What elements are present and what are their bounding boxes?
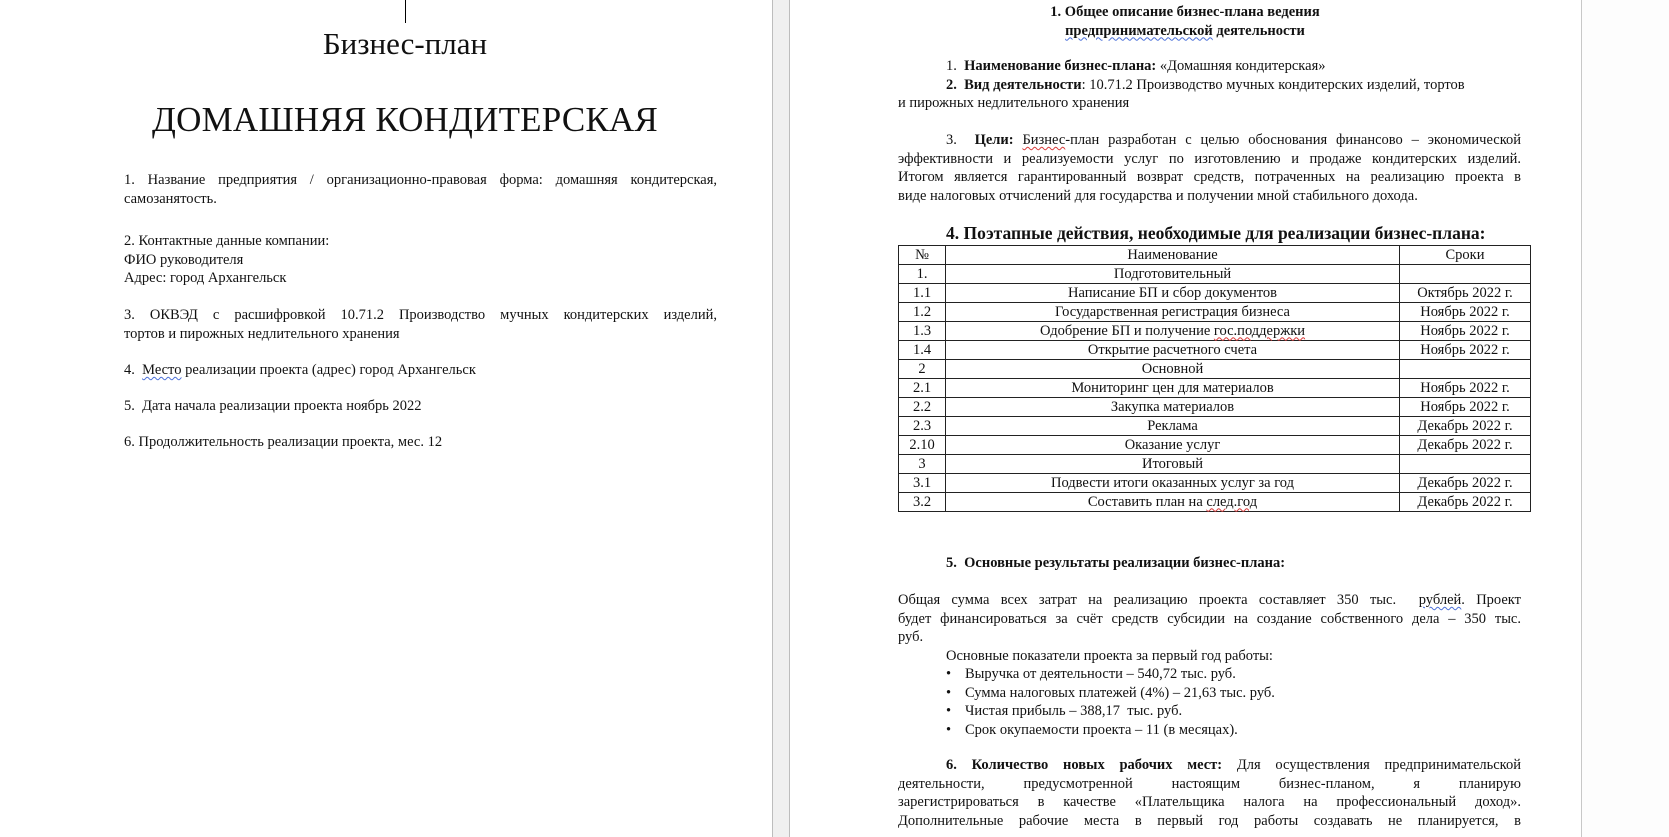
table-row: 2.1Мониторинг цен для материаловНоябрь 2… xyxy=(899,379,1531,398)
indicators-heading: Основные показатели проекта за первый го… xyxy=(946,647,1273,666)
row-deadline-cell: Ноябрь 2022 г. xyxy=(1400,322,1531,341)
row-deadline-cell: Ноябрь 2022 г. xyxy=(1400,341,1531,360)
item-5-paragraph: 5. Дата начала реализации проекта ноябрь… xyxy=(124,397,717,416)
row-number-cell: 2 xyxy=(899,360,946,379)
grammar-flag-word[interactable]: предпринимательской xyxy=(1065,23,1213,39)
page-separator xyxy=(772,0,790,837)
table-row: 2.3РекламаДекабрь 2022 г. xyxy=(899,417,1531,436)
row-name-cell: Основной xyxy=(946,360,1400,379)
row-deadline-cell: Ноябрь 2022 г. xyxy=(1400,398,1531,417)
row-number-cell: 1.3 xyxy=(899,322,946,341)
row-name-cell: Написание БП и сбор документов xyxy=(946,284,1400,303)
indicator-item: Выручка от деятельности – 540,72 тыс. ру… xyxy=(946,665,1275,684)
grammar-flag-word[interactable]: рублей xyxy=(1419,592,1462,608)
document-title: Бизнес-план xyxy=(0,26,810,62)
row-name-cell: Открытие расчетного счета xyxy=(946,341,1400,360)
row-name-cell: Оказание услуг xyxy=(946,436,1400,455)
table-row: 3.1Подвести итоги оказанных услуг за год… xyxy=(899,474,1531,493)
spelling-flag-word[interactable]: Бизнес xyxy=(1022,132,1065,148)
item-2-address: Адрес: город Архангельск xyxy=(124,269,717,288)
item-3-paragraph: 3. ОКВЭД с расшифровкой 10.71.2 Производ… xyxy=(124,306,717,343)
row-number-cell: 1.2 xyxy=(899,303,946,322)
table-row: 1.1Написание БП и сбор документовОктябрь… xyxy=(899,284,1531,303)
row-number-cell: 3.2 xyxy=(899,493,946,512)
table-row: 1.4Открытие расчетного счетаНоябрь 2022 … xyxy=(899,341,1531,360)
table-row: 2.2Закупка материаловНоябрь 2022 г. xyxy=(899,398,1531,417)
row-name-cell: Мониторинг цен для материалов xyxy=(946,379,1400,398)
text-cursor xyxy=(405,0,406,23)
item-2-heading: 2. Контактные данные компании: xyxy=(124,232,717,251)
row-number-cell: 2.2 xyxy=(899,398,946,417)
table-row: 2.10Оказание услугДекабрь 2022 г. xyxy=(899,436,1531,455)
indicators-list: Выручка от деятельности – 540,72 тыс. ру… xyxy=(946,665,1275,739)
row-name-cell: Подготовительный xyxy=(946,265,1400,284)
document-subtitle: ДОМАШНЯЯ КОНДИТЕРСКАЯ xyxy=(0,100,810,140)
row-number-cell: 2.3 xyxy=(899,417,946,436)
table-row: 2Основной xyxy=(899,360,1531,379)
row-deadline-cell xyxy=(1400,455,1531,474)
item-2-name: ФИО руководителя xyxy=(124,251,717,270)
row-number-cell: 1.4 xyxy=(899,341,946,360)
section-5-title: 5. Основные результаты реализации бизнес… xyxy=(946,554,1285,573)
paragraph-1: 1. Наименование бизнес-плана: «Домашняя … xyxy=(946,57,1326,76)
paragraph-2-line-2: и пирожных недлительного хранения xyxy=(898,94,1129,113)
table-row: 1.3Одобрение БП и получение гос.поддержк… xyxy=(899,322,1531,341)
row-deadline-cell: Ноябрь 2022 г. xyxy=(1400,303,1531,322)
spelling-flag-word[interactable]: след.год xyxy=(1206,494,1257,510)
item-3-line-1: 3. ОКВЭД с расшифровкой 10.71.2 Производ… xyxy=(124,306,717,325)
row-number-cell: 3.1 xyxy=(899,474,946,493)
item-1-paragraph: 1. Название предприятия / организационно… xyxy=(124,171,717,208)
row-name-cell: Наименование xyxy=(946,246,1400,265)
row-name-cell: Реклама xyxy=(946,417,1400,436)
row-number-cell: 1.1 xyxy=(899,284,946,303)
item-2-paragraph: 2. Контактные данные компании: ФИО руков… xyxy=(124,232,717,288)
table-row: 3Итоговый xyxy=(899,455,1531,474)
row-deadline-cell: Ноябрь 2022 г. xyxy=(1400,379,1531,398)
paragraph-3: 3. Цели: Бизнес-план разработан с целью … xyxy=(898,131,1521,205)
row-number-cell: № xyxy=(899,246,946,265)
row-deadline-cell: Декабрь 2022 г. xyxy=(1400,436,1531,455)
indicator-item: Срок окупаемости проекта – 11 (в месяцах… xyxy=(946,721,1275,740)
row-deadline-cell xyxy=(1400,360,1531,379)
table-row: 3.2Составить план на след.годДекабрь 202… xyxy=(899,493,1531,512)
table-row: 1.Подготовительный xyxy=(899,265,1531,284)
item-4-paragraph: 4. Место реализации проекта (адрес) горо… xyxy=(124,361,717,380)
action-plan-table: №НаименованиеСроки1.Подготовительный1.1Н… xyxy=(898,245,1531,512)
item-1-line-1: 1. Название предприятия / организационно… xyxy=(124,171,717,190)
row-deadline-cell: Декабрь 2022 г. xyxy=(1400,417,1531,436)
row-name-cell: Итоговый xyxy=(946,455,1400,474)
row-name-cell: Государственная регистрация бизнеса xyxy=(946,303,1400,322)
row-name-cell: Закупка материалов xyxy=(946,398,1400,417)
row-deadline-cell: Сроки xyxy=(1400,246,1531,265)
section-5-paragraph: Общая сумма всех затрат на реализацию пр… xyxy=(898,591,1521,647)
row-deadline-cell: Октябрь 2022 г. xyxy=(1400,284,1531,303)
indicator-item: Чистая прибыль – 388,17 тыс. руб. xyxy=(946,702,1275,721)
row-number-cell: 1. xyxy=(899,265,946,284)
row-deadline-cell: Декабрь 2022 г. xyxy=(1400,493,1531,512)
section-6-paragraph: 6. Количество новых рабочих мест: Для ос… xyxy=(898,756,1521,830)
spelling-flag-word[interactable]: гос.поддержки xyxy=(1214,323,1305,339)
table-header-row: №НаименованиеСроки xyxy=(899,246,1531,265)
table-row: 1.2Государственная регистрация бизнесаНо… xyxy=(899,303,1531,322)
document-page-1: Бизнес-план ДОМАШНЯЯ КОНДИТЕРСКАЯ 1. Наз… xyxy=(0,0,772,837)
item-1-line-2: самозанятость. xyxy=(124,190,717,209)
section-1-title: 1. Общее описание бизнес-плана ведения п… xyxy=(790,3,1580,40)
paragraph-2-line-1: 2. Вид деятельности: 10.71.2 Производств… xyxy=(946,76,1465,95)
row-name-cell: Подвести итоги оказанных услуг за год xyxy=(946,474,1400,493)
row-number-cell: 2.1 xyxy=(899,379,946,398)
indicator-item: Сумма налоговых платежей (4%) – 21,63 ты… xyxy=(946,684,1275,703)
workspace-background xyxy=(1582,0,1669,837)
row-number-cell: 2.10 xyxy=(899,436,946,455)
row-deadline-cell xyxy=(1400,265,1531,284)
section-4-title: 4. Поэтапные действия, необходимые для р… xyxy=(946,224,1486,243)
item-3-line-2: тортов и пирожных недлительного хранения xyxy=(124,325,717,344)
item-6-paragraph: 6. Продолжительность реализации проекта,… xyxy=(124,433,717,452)
row-name-cell: Составить план на след.год xyxy=(946,493,1400,512)
row-deadline-cell: Декабрь 2022 г. xyxy=(1400,474,1531,493)
row-number-cell: 3 xyxy=(899,455,946,474)
row-name-cell: Одобрение БП и получение гос.поддержки xyxy=(946,322,1400,341)
grammar-flag-word[interactable]: Место xyxy=(142,362,181,378)
